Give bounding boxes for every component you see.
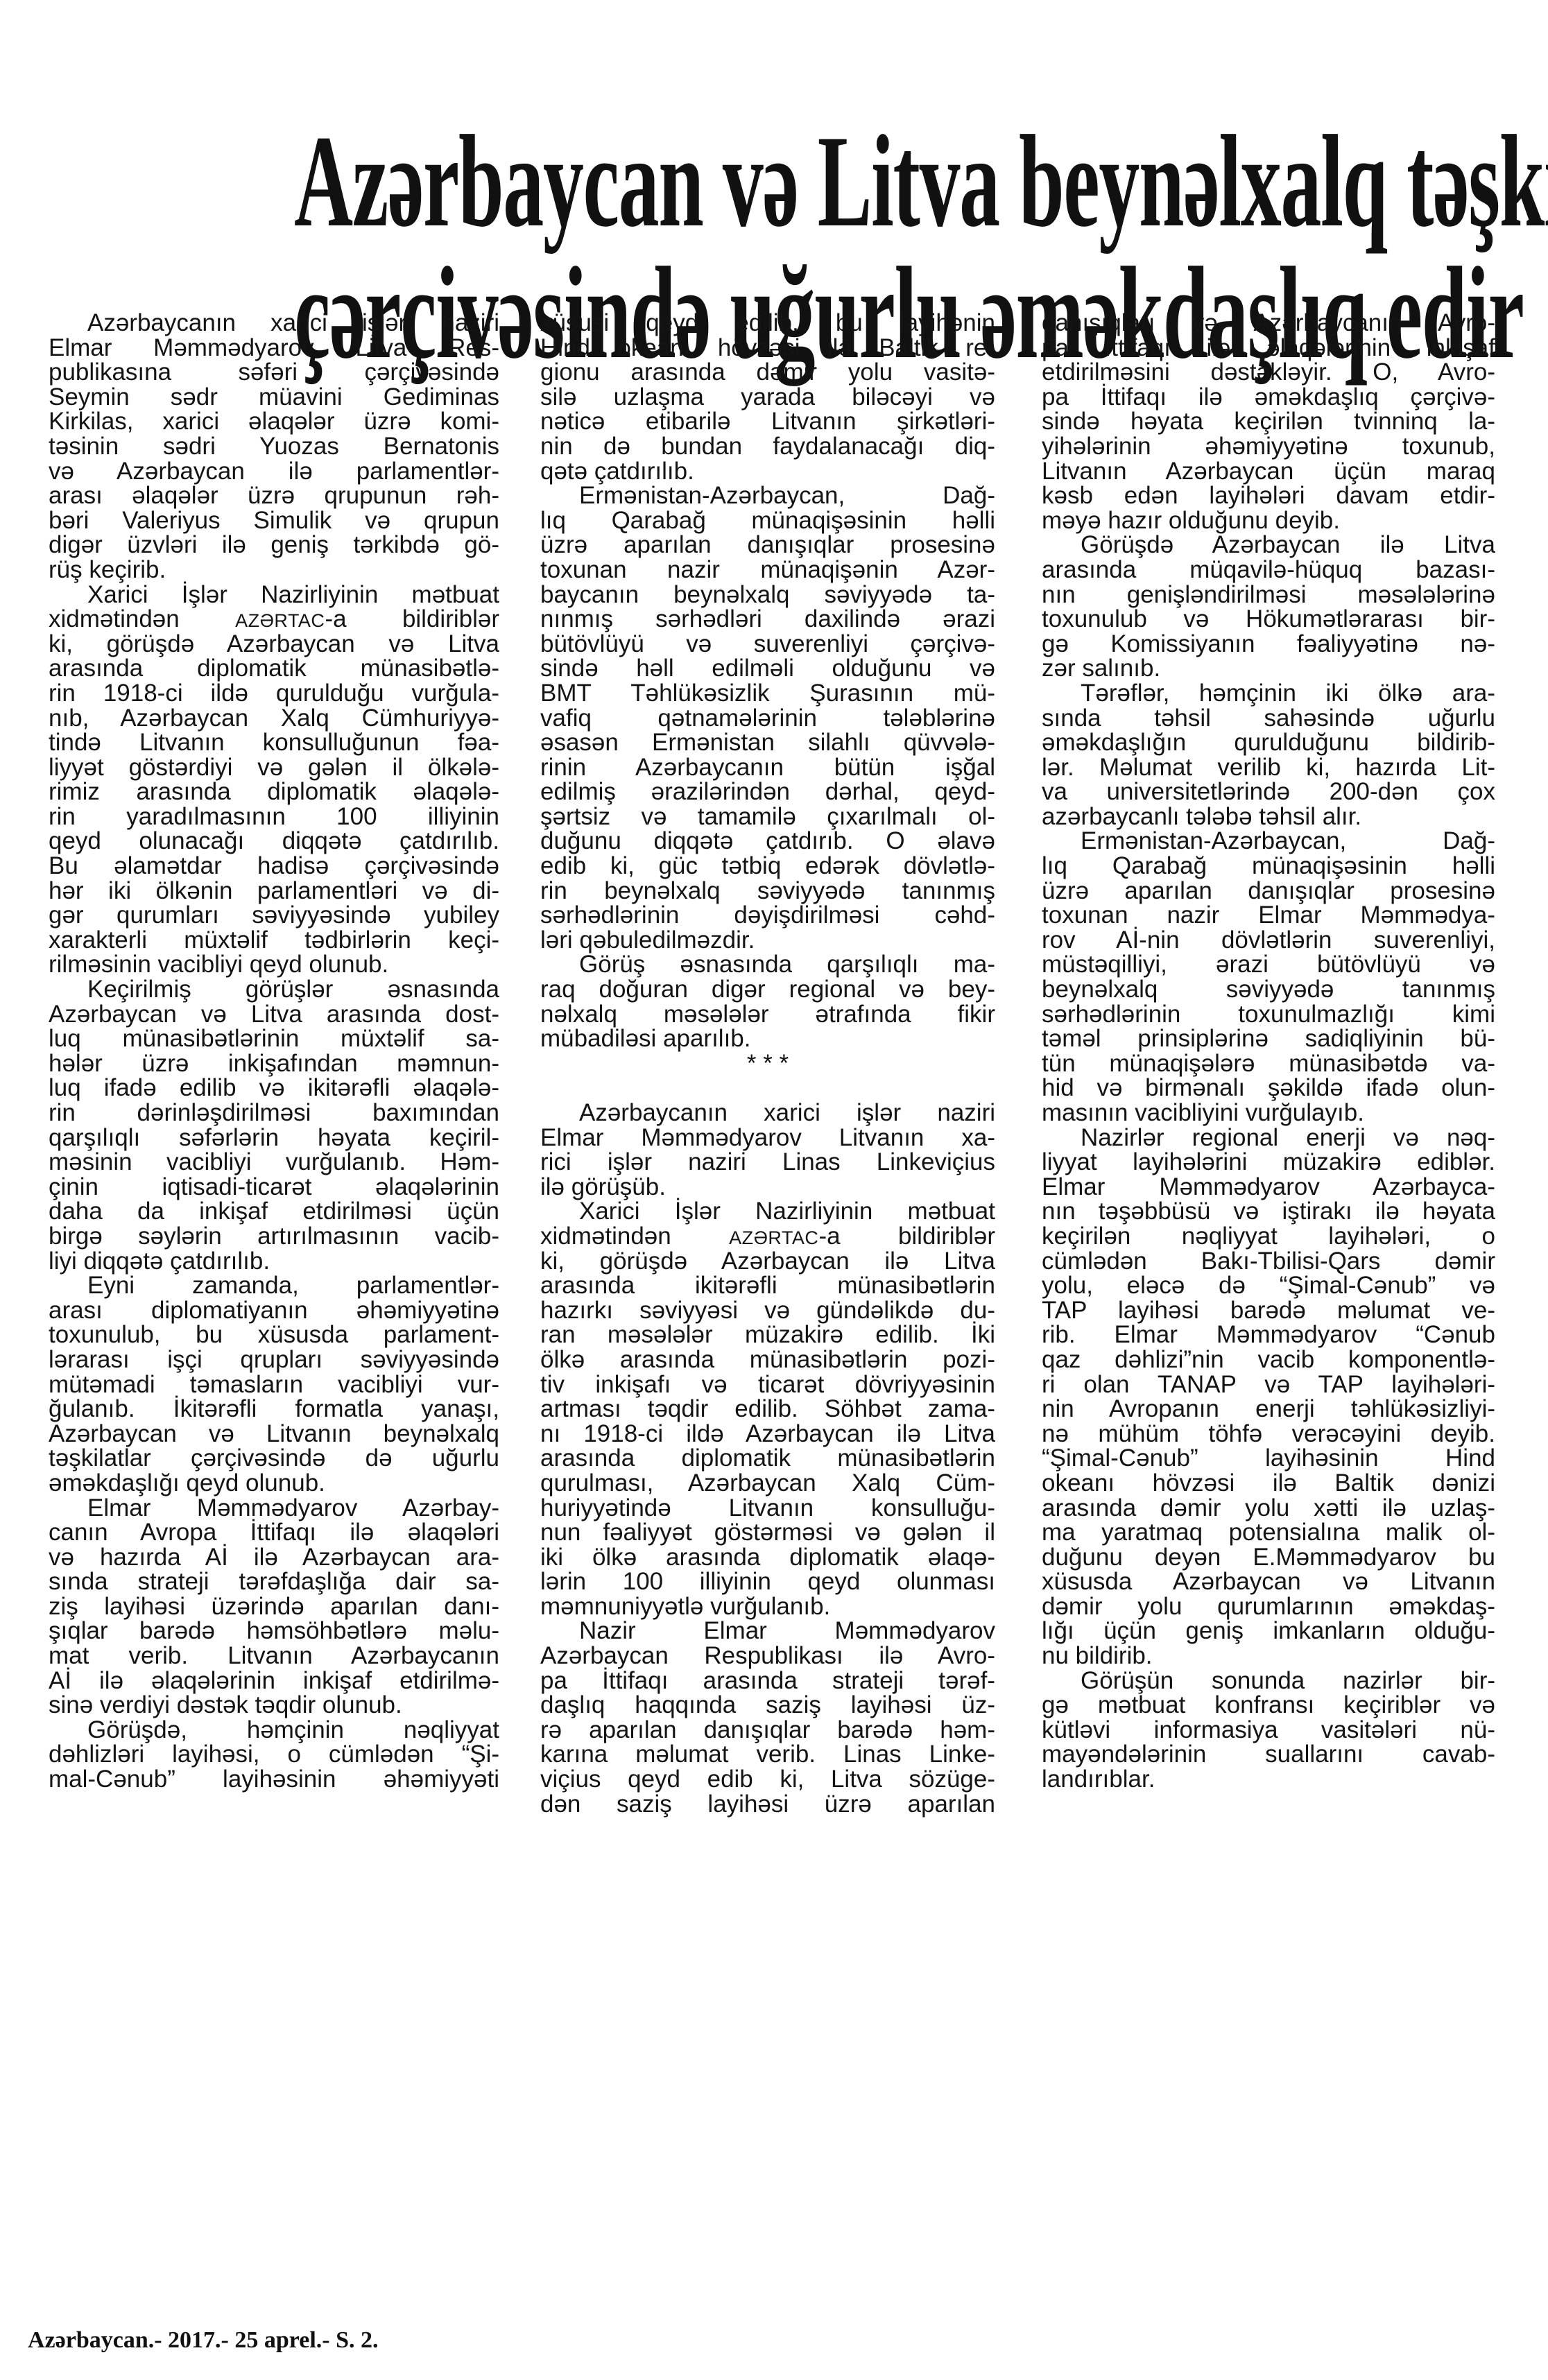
text-line: toxunulub, bu xüsusda parlament- [49,1322,499,1347]
text-line: ilə görüşüb. [540,1175,995,1200]
text-line: landırıblar. [1042,1767,1495,1792]
text-line: dən saziş layihəsi üzrə aparılan [540,1792,995,1817]
text-line: ki, görüşdə Azərbaycan və Litva [49,632,499,657]
text-line: nəticə etibarilə Litvanın şirkətləri- [540,409,995,434]
text-line: Elmar Məmmədyarov Azərbay- [49,1496,499,1521]
text-line: lərin 100 illiyinin qeyd olunması [540,1569,995,1594]
agency-name: AZƏRTAC [235,610,325,631]
text-line: ziş layihəsi üzərində aparılan danı- [49,1594,499,1619]
text-line: təməl prinsiplərinə sadiqliyinin bü- [1042,1026,1495,1051]
text-line: kütləvi informasiya vasitələri nü- [1042,1718,1495,1743]
text-line: rin yaradılmasının 100 illiyinin [49,804,499,829]
text-line: toxunan nazir münaqişənin Azər- [540,558,995,583]
text-line: ran məsələlər müzakirə edilib. İki [540,1322,995,1347]
text-line: şıqlar barədə həmsöhbətlərə məlu- [49,1619,499,1644]
text-line: raq doğuran digər regional və bey- [540,977,995,1002]
text-line: cümlədən Bakı-Tbilisi-Qars dəmir [1042,1249,1495,1274]
text-line: Ermənistan-Azərbaycan, Dağ- [1042,829,1495,854]
text-line: daşlıq haqqında saziş layihəsi üz- [540,1693,995,1718]
text-line: zər salınıb. [1042,656,1495,681]
text-line: arasında müqavilə-hüquq bazası- [1042,558,1495,583]
text-line: məmnuniyyətlə vurğulanıb. [540,1594,995,1619]
source-citation: Azərbaycan.- 2017.- 25 aprel.- S. 2. [28,2327,379,2354]
text-line: toxunan nazir Elmar Məmmədya- [1042,903,1495,928]
text-line: toxunulub və Hökumətlərarası bir- [1042,607,1495,632]
text-line: Nazir Elmar Məmmədyarov [540,1619,995,1644]
text-line: rinin Azərbaycanın bütün işğal [540,755,995,780]
text-line: pa İttifaqı arasında strateji tərəf- [540,1668,995,1693]
article-column-1: Azərbaycanın xarici işlər naziriElmar Mə… [49,311,499,1792]
text-line: Görüşün sonunda nazirlər bir- [1042,1668,1495,1693]
text-line: ləri qəbuledilməzdir. [540,928,995,953]
text-line: xüsusi qeyd edilib, bu layihənin [540,311,995,336]
text-line: canın Avropa İttifaqı ilə əlaqələri [49,1520,499,1545]
text-line: Azərbaycan Respublikası ilə Avro- [540,1644,995,1668]
text-line: viçius qeyd edib ki, Litva sözüge- [540,1767,995,1792]
text-line: mütəmadi təmasların vacibliyi vur- [49,1372,499,1397]
text-line: arasında diplomatik münasibətlərin [540,1446,995,1471]
text-line: arasında dəmir yolu xətti ilə uzlaş- [1042,1496,1495,1521]
text-line: təsinin sədri Yuozas Bernatonis [49,434,499,459]
text-line: üzrə aparılan danışıqlar prosesinə [1042,879,1495,904]
text-line: məsinin vacibliyi vurğulanıb. Həm- [49,1150,499,1175]
text-line: lığı üçün geniş imkanların olduğu- [1042,1619,1495,1644]
text-line: arası diplomatiyanın əhəmiyyətinə [49,1298,499,1323]
text-line: qurulması, Azərbaycan Xalq Cüm- [540,1471,995,1496]
text-line: artması təqdir edilib. Söhbət zama- [540,1397,995,1422]
text-line: rin 1918-ci ildə qurulduğu vurğula- [49,681,499,706]
text-line: gə mətbuat konfransı keçiriblər və [1042,1693,1495,1718]
text-line: bütövlüyü və suverenliyi çərçivə- [540,632,995,657]
text-line: hazırkı səviyyəsi və gündəlikdə du- [540,1298,995,1323]
text-line: sərhədlərinin dəyişdirilməsi cəhd- [540,903,995,928]
text-line: kəsb edən layihələri davam etdir- [1042,483,1495,508]
text-line: Azərbaycanın xarici işlər naziri [540,1101,995,1126]
agency-name: AZƏRTAC [729,1227,818,1248]
text-line: keçirilən nəqliyyat layihələri, o [1042,1224,1495,1249]
text-line: liyyət göstərdiyi və gələn il ölkələ- [49,755,499,780]
text-line: və Azərbaycan ilə parlamentlər- [49,459,499,484]
text-line: sinə verdiyi dəstək təqdir olunub. [49,1693,499,1718]
text-line: duğunu diqqətə çatdırıb. O əlavə [540,829,995,854]
text-line: Elmar Məmmədyarov Litva Res- [49,336,499,361]
text-line: Seymin sədr müavini Gediminas [49,385,499,410]
text-line: luq ifadə edilib və ikitərəfli əlaqələ- [49,1076,499,1101]
text-line: nu bildirib. [1042,1644,1495,1668]
text-line: əsasən Ermənistan silahlı qüvvələ- [540,730,995,755]
text-line: Görüş əsnasında qarşılıqlı ma- [540,952,995,977]
text-line: “Şimal-Cənub” layihəsinin Hind [1042,1446,1495,1471]
text-line: Azərbaycan və Litvanın beynəlxalq [49,1422,499,1447]
text-line: arasında diplomatik münasibətlə- [49,656,499,681]
text-line: azərbaycanlı tələbə təhsil alır. [1042,804,1495,829]
text-line: xüsusda Azərbaycan və Litvanın [1042,1569,1495,1594]
text-line: mayəndələrinin suallarını cavab- [1042,1742,1495,1767]
text-line: Litvanın Azərbaycan üçün maraq [1042,459,1495,484]
text-line: Eyni zamanda, parlamentlər- [49,1273,499,1298]
text-line: masının vacibliyini vurğulayıb. [1042,1101,1495,1126]
headline-line-1: Azərbaycan və Litva beynəlxalq təşkilatl… [294,116,1254,248]
text-line: ma yaratmaq potensialına malik ol- [1042,1520,1495,1545]
text-line: arası əlaqələr üzrə qrupunun rəh- [49,483,499,508]
text-line: duğunu deyən E.Məmmədyarov bu [1042,1545,1495,1570]
text-line: Kirkilas, xarici əlaqələr üzrə komi- [49,409,499,434]
text-line: Ermənistan-Azərbaycan, Dağ- [540,483,995,508]
text-line: nun fəaliyyət göstərməsi və gələn il [540,1520,995,1545]
text-line: lıq Qarabağ münaqişəsinin həlli [540,508,995,533]
text-line: qeyd olunacağı diqqətə çatdırılıb. [49,829,499,854]
text-line: rilməsinin vacibliyi qeyd olunub. [49,952,499,977]
text-line: nin Avropanın enerji təhlükəsizliyi- [1042,1397,1495,1422]
text-line: ki, görüşdə Azərbaycan ilə Litva [540,1249,995,1274]
text-line: xidmətindən AZƏRTAC-a bildiriblər [49,607,499,632]
text-line: Görüşdə, həmçinin nəqliyyat [49,1718,499,1743]
article-column-2: xüsusi qeyd edilib, bu layihəninHind oke… [540,311,995,1816]
article-column-3: danışıqları və Azərbaycanın Avro-pa İtti… [1042,311,1495,1792]
text-line: arasında ikitərəfli münasibətlərin [540,1273,995,1298]
text-line: nıb, Azərbaycan Xalq Cümhuriyyə- [49,706,499,731]
text-line: nın təşəbbüsü və iştirakı ilə həyata [1042,1199,1495,1224]
text-line: pa İttifaqı ilə əməkdaşlıq çərçivə- [1042,385,1495,410]
text-line: və hazırda Aİ ilə Azərbaycan ara- [49,1545,499,1570]
text-line: təşkilatlar çərçivəsində də uğurlu [49,1446,499,1471]
text-line: şərtsiz və tamamilə çıxarılmalı ol- [540,804,995,829]
text-line: daha da inkişaf etdirilməsi üçün [49,1199,499,1224]
text-line: liyi diqqətə çatdırılıb. [49,1249,499,1274]
text-line: digər üzvləri ilə geniş tərkibdə gö- [49,533,499,558]
text-line: huriyyətində Litvanın konsulluğu- [540,1496,995,1521]
text-line: əməkdaşlığı qeyd olunub. [49,1471,499,1496]
text-line: sərhədlərinin toxunulmazlığı kimi [1042,1002,1495,1027]
text-line: Elmar Məmmədyarov Litvanın xa- [540,1126,995,1150]
text-line: Xarici İşlər Nazirliyinin mətbuat [49,583,499,607]
text-line: rə aparılan danışıqlar barədə həm- [540,1718,995,1743]
text-line: hələr üzrə inkişafından məmnun- [49,1051,499,1076]
text-line: nəlxalq məsələlər ətrafında fikir [540,1002,995,1027]
text-line: müstəqilliyi, ərazi bütövlüyü və [1042,952,1495,977]
text-line: edib ki, güc tətbiq edərək dövlətlə- [540,854,995,879]
text-line: sında strateji tərəfdaşlığa dair sa- [49,1569,499,1594]
text-line: vafiq qətnamələrinin tələblərinə [540,706,995,731]
text-line: dəmir yolu qurumlarının əməkdaş- [1042,1594,1495,1619]
text-line: nınmış sərhədləri daxilində ərazi [540,607,995,632]
text-line: TAP layihəsi barədə məlumat ve- [1042,1298,1495,1323]
text-line: nın genişləndirilməsi məsələlərinə [1042,583,1495,607]
text-line: Hind okeanı hövzəsi ilə Baltik re- [540,336,995,361]
text-line: yihələrinin əhəmiyyətinə toxunub, [1042,434,1495,459]
text-line: lərarası işçi qrupları səviyyəsində [49,1347,499,1372]
text-line: tün münaqişələrə münasibətdə va- [1042,1051,1495,1076]
text-line: Bu əlamətdar hadisə çərçivəsində [49,854,499,879]
text-line: yolu, eləcə də “Şimal-Cənub” və [1042,1273,1495,1298]
text-line: xidmətindən AZƏRTAC-a bildiriblər [540,1224,995,1249]
text-line: sında təhsil sahəsində uğurlu [1042,706,1495,731]
text-line: pa İttifaqı ilə əlaqələrinin inkişaf [1042,336,1495,361]
text-line: nin də bundan faydalanacağı diq- [540,434,995,459]
text-line: hid və birmənalı şəkildə ifadə olun- [1042,1076,1495,1101]
text-line: çinin iqtisadi-ticarət əlaqələrinin [49,1175,499,1200]
text-line: ğulanıb. İkitərəfli formatla yanaşı, [49,1397,499,1422]
text-line: edilmiş ərazilərindən dərhal, qeyd- [540,779,995,804]
text-line: dəhlizləri layihəsi, o cümlədən “Şi- [49,1742,499,1767]
text-line: Görüşdə Azərbaycan ilə Litva [1042,533,1495,558]
text-line: mübadiləsi aparılıb. [540,1026,995,1051]
text-line: qətə çatdırılıb. [540,459,995,484]
text-line: baycanın beynəlxalq səviyyədə ta- [540,583,995,607]
text-line: ri olan TANAP və TAP layihələri- [1042,1372,1495,1397]
text-line: lər. Məlumat verilib ki, hazırda Lit- [1042,755,1495,780]
text-line: silə uzlaşma yarada biləcəyi və [540,385,995,410]
text-line: Aİ ilə əlaqələrinin inkişaf etdirilmə- [49,1668,499,1693]
text-line: sində həll edilməli olduğunu və [540,656,995,681]
text-line: Azərbaycanın xarici işlər naziri [49,311,499,336]
text-line: tiv inkişafı və ticarət dövriyyəsinin [540,1372,995,1397]
text-line: etdirilməsini dəstəkləyir. O, Avro- [1042,360,1495,385]
text-line: liyyat layihələrini müzakirə ediblər. [1042,1150,1495,1175]
text-line: beynəlxalq səviyyədə tanınmış [1042,977,1495,1002]
text-line: qarşılıqlı səfərlərin həyata keçiril- [49,1126,499,1150]
text-line: iki ölkə arasında diplomatik əlaqə- [540,1545,995,1570]
text-line: mat verib. Litvanın Azərbaycanın [49,1644,499,1668]
text-line: danışıqları və Azərbaycanın Avro- [1042,311,1495,336]
text-line: ölkə arasında münasibətlərin pozi- [540,1347,995,1372]
text-line: publikasına səfəri çərçivəsində [49,360,499,385]
text-line: rov Aİ-nin dövlətlərin suverenliyi, [1042,928,1495,953]
text-line: qaz dəhlizi”nin vacib komponentlə- [1042,1347,1495,1372]
text-line: BMT Təhlükəsizlik Şurasının mü- [540,681,995,706]
text-line: gər qurumları səviyyəsində yubiley [49,903,499,928]
text-line: rüş keçirib. [49,558,499,583]
text-line: rin beynəlxalq səviyyədə tanınmış [540,879,995,904]
text-line: Xarici İşlər Nazirliyinin mətbuat [540,1199,995,1224]
text-line: okeanı hövzəsi ilə Baltik dənizi [1042,1471,1495,1496]
text-line: bəri Valeriyus Simulik və qrupun [49,508,499,533]
text-line: xarakterli müxtəlif tədbirlərin keçi- [49,928,499,953]
text-line: rib. Elmar Məmmədyarov “Cənub [1042,1322,1495,1347]
text-line: birgə səylərin artırılmasının vacib- [49,1224,499,1249]
text-line: Azərbaycan və Litva arasında dost- [49,1002,499,1027]
text-line: gionu arasında dəmir yolu vasitə- [540,360,995,385]
section-separator: * * * [540,1051,995,1076]
text-line: mal-Cənub” layihəsinin əhəmiyyəti [49,1767,499,1792]
text-line: üzrə aparılan danışıqlar prosesinə [540,533,995,558]
text-line: Elmar Məmmədyarov Azərbayca- [1042,1175,1495,1200]
text-line: məyə hazır olduğunu deyib. [1042,508,1495,533]
text-line: tində Litvanın konsulluğunun fəa- [49,730,499,755]
text-line [540,1076,995,1101]
text-line: va universitetlərində 200-dən çox [1042,779,1495,804]
text-line: hər iki ölkənin parlamentləri və di- [49,879,499,904]
text-line: karına məlumat verib. Linas Linke- [540,1742,995,1767]
text-line: lıq Qarabağ münaqişəsinin həlli [1042,854,1495,879]
text-line: Tərəflər, həmçinin iki ölkə ara- [1042,681,1495,706]
text-line: gə Komissiyanın fəaliyyətinə nə- [1042,632,1495,657]
text-line: əməkdaşlığın qurulduğunu bildirib- [1042,730,1495,755]
text-line: rimiz arasında diplomatik əlaqələ- [49,779,499,804]
text-line: nı 1918-ci ildə Azərbaycan ilə Litva [540,1422,995,1447]
text-line: nə mühüm töhfə verəcəyini deyib. [1042,1422,1495,1447]
text-line: rici işlər naziri Linas Linkeviçius [540,1150,995,1175]
text-line: Keçirilmiş görüşlər əsnasında [49,977,499,1002]
text-line: Nazirlər regional enerji və nəq- [1042,1126,1495,1150]
text-line: rin dərinləşdirilməsi baxımından [49,1101,499,1126]
text-line: sində həyata keçirilən tvinninq la- [1042,409,1495,434]
text-line: luq münasibətlərinin müxtəlif sa- [49,1026,499,1051]
